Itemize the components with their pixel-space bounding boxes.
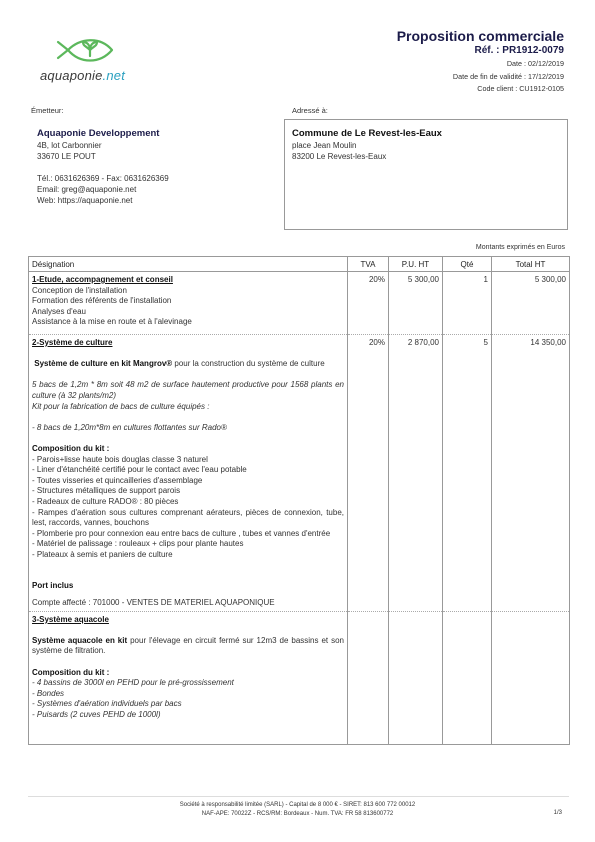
kit-item: - Matériel de palissage : rouleaux + cli… — [32, 539, 344, 550]
row-line: Conception de l'installation — [32, 286, 344, 297]
kit-item: - Plomberie pro pour connexion eau entre… — [32, 529, 344, 540]
kit-item: - Plateaux à semis et paniers de culture — [32, 550, 344, 561]
row-unit-price: 2 870,00 — [389, 335, 443, 612]
row-unit-price — [389, 611, 443, 744]
row-quantity: 1 — [443, 272, 492, 335]
row-line: Analyses d'eau — [32, 307, 344, 318]
kit-item: - Structures métalliques de support paro… — [32, 486, 344, 497]
kit-item: - Rampes d'aération sous cultures compre… — [32, 508, 344, 529]
recipient-block: Commune de Le Revest-les-Eaux place Jean… — [292, 127, 442, 162]
sender-address2: 33670 LE POUT — [37, 151, 169, 162]
col-unit-price: P.U. HT — [389, 257, 443, 272]
row-designation: 1-Etude, accompagnement et conseil Conce… — [29, 272, 348, 335]
kit-title: Composition du kit : — [32, 444, 344, 455]
row-intro: Système de culture en kit Mangrov® pour … — [32, 359, 344, 370]
footer-divider — [28, 796, 569, 797]
sender-label: Émetteur: — [31, 106, 64, 115]
currency-note: Montants exprimés en Euros — [476, 244, 565, 251]
kit-item: - Puisards (2 cuves PEHD de 1000l) — [32, 710, 344, 721]
sender-name: Aquaponie Developpement — [37, 127, 169, 140]
items-table: Désignation TVA P.U. HT Qté Total HT 1-E… — [28, 256, 570, 745]
row-italic: 5 bacs de 1,2m * 8m soit 48 m2 de surfac… — [32, 380, 344, 401]
col-total: Total HT — [492, 257, 570, 272]
sender-email: Email: greg@aquaponie.net — [37, 184, 169, 195]
kit-item: - Bondes — [32, 689, 344, 700]
intro-bold: Système de culture en kit Mangrov® — [34, 359, 172, 368]
recipient-address2: 83200 Le Revest-les-Eaux — [292, 151, 442, 162]
kit-item: - Toutes visseries et quincailleries d'a… — [32, 476, 344, 487]
kit-item: - Systèmes d'aération individuels par ba… — [32, 699, 344, 710]
validity-date: Date de fin de validité : 17/12/2019 — [397, 71, 564, 84]
table-row: 3-Système aquacole Système aquacole en k… — [29, 611, 570, 744]
table-row: 1-Etude, accompagnement et conseil Conce… — [29, 272, 570, 335]
recipient-label: Adressé à: — [292, 106, 328, 115]
document-date: Date : 02/12/2019 — [397, 58, 564, 71]
row-quantity: 5 — [443, 335, 492, 612]
row-italic: - 8 bacs de 1,20m*8m en cultures flottan… — [32, 423, 344, 434]
row-designation: 2-Système de culture Système de culture … — [29, 335, 348, 612]
logo-suffix: .net — [103, 68, 125, 83]
row-title: 3-Système aquacole — [32, 615, 344, 626]
sender-web: Web: https://aquaponie.net — [37, 195, 169, 206]
logo-word: aquaponie — [40, 68, 103, 83]
row-tva: 20% — [348, 272, 389, 335]
row-total: 5 300,00 — [492, 272, 570, 335]
sender-phone: Tél.: 0631626369 - Fax: 0631626369 — [37, 173, 169, 184]
footer-line1: Société à responsabilité limitée (SARL) … — [0, 801, 595, 810]
document-ref: Réf. : PR1912-0079 — [397, 44, 564, 58]
row-italic: Kit pour la fabrication de bacs de cultu… — [32, 402, 344, 413]
document-title: Proposition commerciale — [397, 28, 564, 44]
intro-rest: pour la construction du système de cultu… — [172, 359, 325, 368]
row-line: Formation des référents de l'installatio… — [32, 296, 344, 307]
footer-line2: NAF-APE: 70022Z - RCS/RM: Bordeaux - Num… — [0, 810, 595, 819]
recipient-name: Commune de Le Revest-les-Eaux — [292, 127, 442, 140]
row-title: 1-Etude, accompagnement et conseil — [32, 275, 344, 286]
client-code: Code client : CU1912-0105 — [397, 83, 564, 96]
col-designation: Désignation — [29, 257, 348, 272]
port-note: Port inclus — [32, 581, 344, 592]
row-line: Assistance à la mise en route et à l'ale… — [32, 317, 344, 328]
kit-item: - Parois+lisse haute bois douglas classe… — [32, 455, 344, 466]
table-row: 2-Système de culture Système de culture … — [29, 335, 570, 612]
row-designation: 3-Système aquacole Système aquacole en k… — [29, 611, 348, 744]
row-total — [492, 611, 570, 744]
kit-item: - 4 bassins de 3000l en PEHD pour le pré… — [32, 678, 344, 689]
intro-bold: Système aquacole en kit — [32, 636, 127, 645]
row-total: 14 350,00 — [492, 335, 570, 612]
page-number: 1/3 — [554, 810, 562, 816]
col-quantity: Qté — [443, 257, 492, 272]
kit-item: - Liner d'étanchéité certifié pour le co… — [32, 465, 344, 476]
row-tva — [348, 611, 389, 744]
recipient-address1: place Jean Moulin — [292, 140, 442, 151]
kit-title: Composition du kit : — [32, 668, 344, 679]
col-tva: TVA — [348, 257, 389, 272]
account-note: Compte affecté : 701000 - VENTES DE MATE… — [32, 598, 344, 609]
document-header: Proposition commerciale Réf. : PR1912-00… — [397, 28, 564, 96]
logo-wordmark: aquaponie.net — [40, 68, 125, 83]
kit-item: - Radeaux de culture RADO® : 80 pièces — [32, 497, 344, 508]
row-intro: Système aquacole en kit pour l'élevage e… — [32, 636, 344, 657]
sender-address1: 4B, lot Carbonnier — [37, 140, 169, 151]
legal-footer: Société à responsabilité limitée (SARL) … — [0, 801, 595, 819]
row-quantity — [443, 611, 492, 744]
row-title: 2-Système de culture — [32, 338, 344, 349]
table-header-row: Désignation TVA P.U. HT Qté Total HT — [29, 257, 570, 272]
row-tva: 20% — [348, 335, 389, 612]
sender-block: Aquaponie Developpement 4B, lot Carbonni… — [37, 127, 169, 206]
row-unit-price: 5 300,00 — [389, 272, 443, 335]
